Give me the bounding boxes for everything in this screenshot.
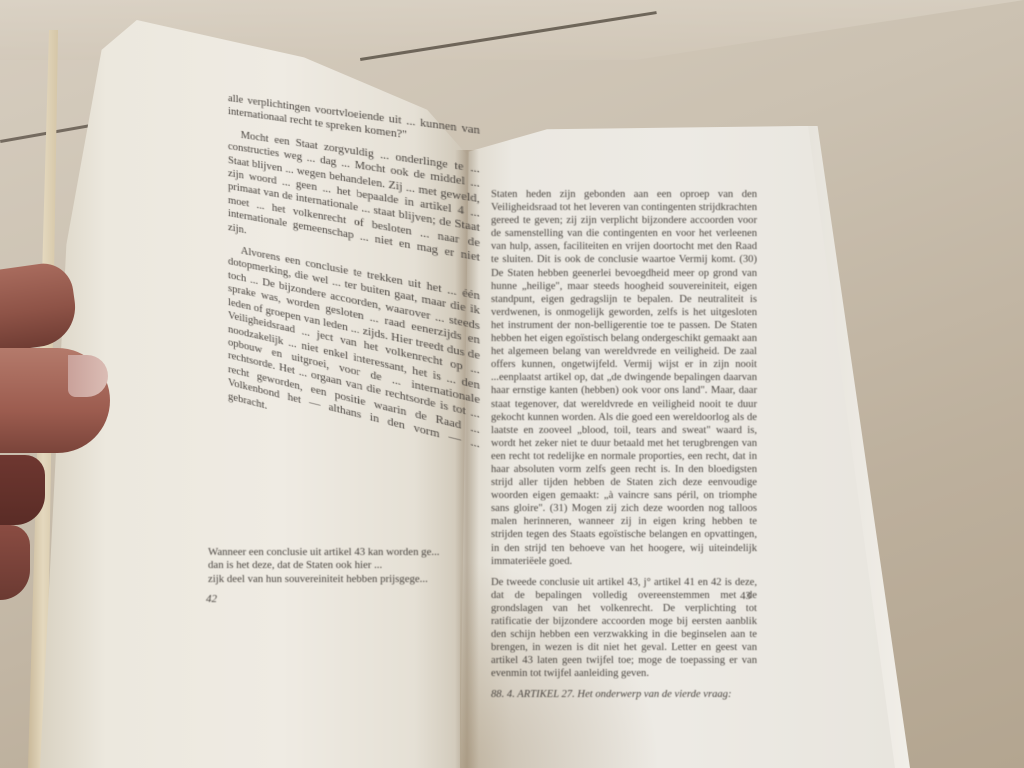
left-page-text: alle verplichtingen voortvloeiende uit .…	[228, 92, 480, 698]
left-paragraph: Alvorens een conclusie te trekken uit he…	[228, 242, 480, 467]
thumbnail	[68, 355, 108, 397]
page-number-right: 43	[740, 590, 751, 602]
left-bottom-line: dan is het deze, dat de Staten ook hier …	[208, 559, 470, 572]
right-paragraph: Staten heden zijn gebonden aan een oproe…	[491, 188, 757, 568]
photo-scene: alle verplichtingen voortvloeiende uit .…	[0, 0, 1024, 768]
left-bottom-line: Wanneer een conclusie uit artikel 43 kan…	[208, 546, 470, 559]
right-footnote: 88. 4. ARTIKEL 27. Het onderwerp van de …	[491, 688, 757, 701]
right-paragraph: De tweede conclusie uit artikel 43, j° a…	[491, 576, 757, 681]
left-page-bottom-text: Wanneer een conclusie uit artikel 43 kan…	[208, 546, 470, 586]
right-page-text: Staten heden zijn gebonden aan een oproe…	[491, 188, 757, 710]
left-bottom-line: zijk deel van hun souvereiniteit hebben …	[208, 573, 470, 586]
hand-finger	[0, 525, 30, 600]
page-number-left: 42	[206, 593, 217, 605]
